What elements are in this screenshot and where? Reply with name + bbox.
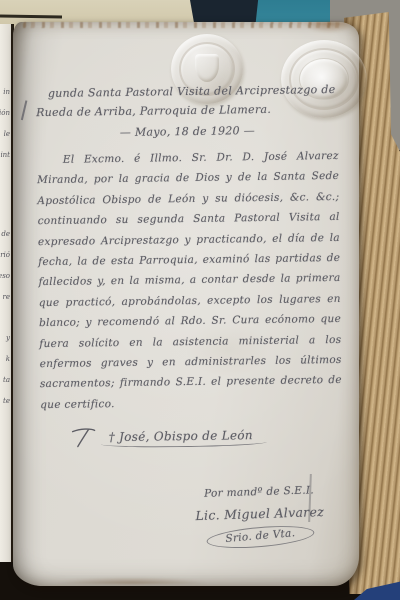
opening-lines: gunda Santa Pastoral Visita del Arcipres… — [36, 80, 339, 122]
facing-page-fragment: de — [1, 230, 10, 238]
stain-top-right — [291, 22, 355, 38]
secretary-title-oval: Srio. de Vta. — [206, 523, 315, 552]
signature-rubric-icon — [71, 428, 97, 448]
facing-page-fragment: int — [0, 151, 10, 159]
opening-line-2-text: Rueda de Arriba, Parroquia de Llamera. — [36, 103, 271, 119]
facing-page-edge: in ción le int de rió eso re y k ta te — [0, 24, 14, 562]
facing-page-fragment: in — [3, 88, 10, 96]
stain-bottom-edge — [43, 574, 263, 584]
manuscript-page: gunda Santa Pastoral Visita del Arcipres… — [13, 22, 359, 586]
facing-page-fragment: eso — [0, 272, 10, 280]
facing-page-fragment: rió — [0, 251, 10, 259]
facing-page-fragment: le — [4, 130, 10, 138]
date-line: — Mayo, 18 de 1920 — — [36, 121, 338, 143]
decree-paragraph: El Excmo. é Illmo. Sr. Dr. D. José Alvar… — [37, 146, 343, 415]
seal-crest-icon — [195, 54, 219, 82]
opening-line-2: Rueda de Arriba, Parroquia de Llamera. — [36, 99, 338, 122]
bishop-signature: † José, Obispo de León — [109, 428, 253, 444]
facing-page-fragment: k — [6, 355, 10, 363]
facing-page-fragment: y — [6, 334, 10, 342]
photograph-of-manuscript: in ción le int de rió eso re y k ta te g… — [0, 0, 400, 600]
facing-page-fragment: te — [3, 397, 10, 405]
facing-page-fragment: re — [3, 293, 11, 301]
by-order-line: Por mandº de S.E.I. — [169, 483, 349, 503]
signature-row: † José, Obispo de León — [41, 424, 343, 448]
facing-page-fragment: ción — [0, 109, 10, 117]
secretary-block: Por mandº de S.E.I. Lic. Miguel Alvarez … — [169, 483, 351, 551]
secretary-signature: Lic. Miguel Alvarez — [170, 504, 350, 526]
facing-page-fragment: ta — [3, 376, 10, 384]
handwritten-entry: gunda Santa Pastoral Visita del Arcipres… — [36, 80, 344, 550]
margin-stroke — [21, 100, 28, 120]
